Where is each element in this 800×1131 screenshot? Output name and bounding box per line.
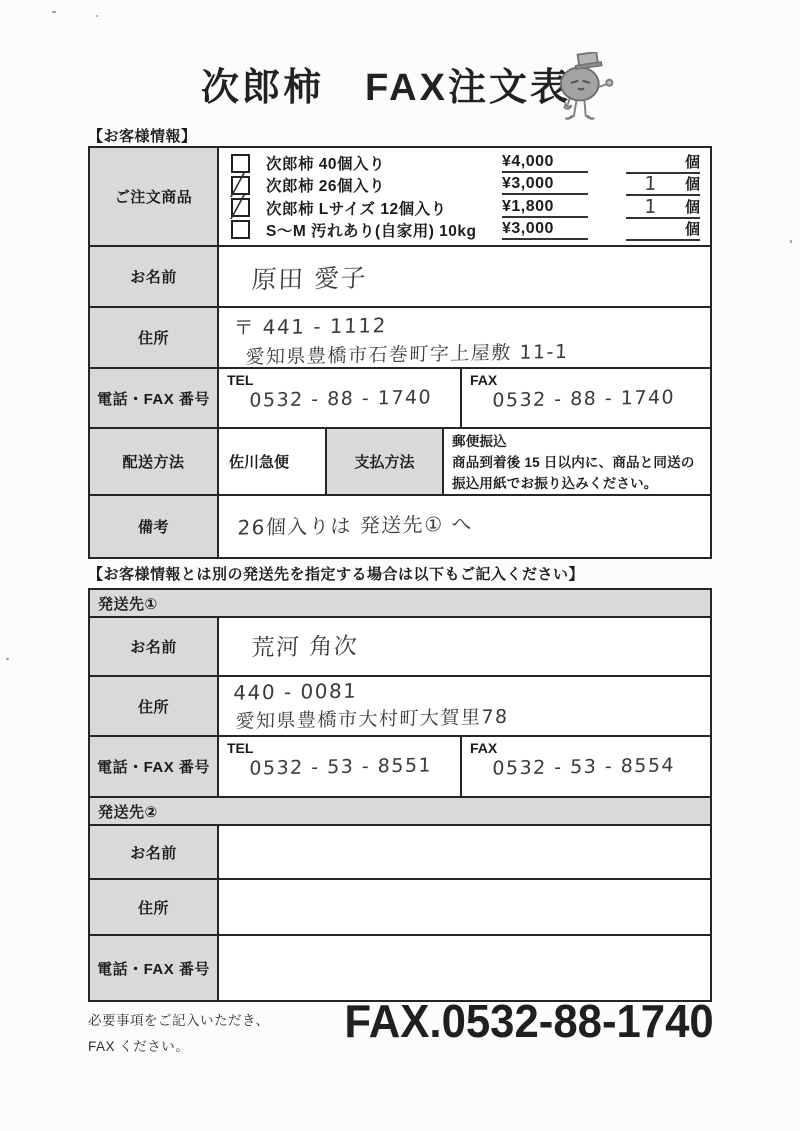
dest1-fax-handwritten: 0532 - 53 - 8554 [470, 752, 711, 780]
order-products-cell: 次郎柿 40個入り ¥4,000 個 ╱ 次郎柿 26個入り ¥3,000 1 … [219, 148, 710, 245]
dest2-name-cell-empty [219, 826, 710, 878]
shipping-destinations-table: 発送先① お名前 荒河 角次 住所 440 - 0081 愛知県豊橋市大村町大賀… [88, 588, 712, 1002]
product-qty-blank: 個 [626, 152, 700, 174]
checkbox-40-pack [231, 154, 250, 173]
dest2-telfax-label: 電話・FAX 番号 [90, 936, 219, 1000]
dest1-telfax-row: 電話・FAX 番号 TEL 0532 - 53 - 8551 FAX 0532 … [90, 735, 710, 796]
telfax-cell: TEL 0532 - 88 - 1740 FAX 0532 - 88 - 174… [219, 369, 710, 427]
scan-speck [52, 11, 56, 13]
qty-unit: 個 [685, 151, 700, 172]
product-qty: 1 個 [626, 174, 700, 196]
dest1-address-row: 住所 440 - 0081 愛知県豊橋市大村町大賀里78 [90, 675, 710, 735]
scan-speck [790, 240, 792, 243]
delivery-label: 配送方法 [90, 429, 219, 494]
product-name: S～M 汚れあり(自家用) 10kg [266, 219, 502, 241]
dest2-address-row: 住所 [90, 878, 710, 934]
dest2-header: 発送先② [90, 798, 710, 824]
product-row-L12: ╱ 次郎柿 Lサイズ 12個入り ¥1,800 1 個 [231, 197, 700, 219]
checkmark [231, 151, 252, 173]
customer-info-table: ご注文商品 次郎柿 40個入り ¥4,000 個 ╱ 次郎柿 26個入り ¥3,… [88, 146, 712, 559]
checkbox-26-pack: ╱ [231, 176, 250, 195]
dest1-tel-cell: TEL 0532 - 53 - 8551 [219, 737, 462, 796]
product-name: 次郎柿 40個入り [266, 152, 502, 174]
payment-label: 支払方法 [327, 429, 444, 494]
dest1-tel-handwritten: 0532 - 53 - 8551 [227, 752, 461, 780]
address-label: 住所 [90, 308, 219, 367]
dest2-address-label: 住所 [90, 880, 219, 934]
customer-telfax-row: 電話・FAX 番号 TEL 0532 - 88 - 1740 FAX 0532 … [90, 367, 710, 427]
qty-handwritten: 1 [644, 195, 658, 217]
delivery-payment-row: 配送方法 佐川急便 支払方法 郵便振込 商品到着後 15 日以内に、商品と同送の… [90, 427, 710, 494]
product-price: ¥3,000 [502, 175, 588, 195]
tel-cell: TEL 0532 - 88 - 1740 [219, 369, 462, 427]
product-qty-blank: 個 [626, 219, 700, 241]
product-row-40: 次郎柿 40個入り ¥4,000 個 [231, 152, 700, 174]
scan-speck [96, 15, 98, 17]
name-label: お名前 [90, 247, 219, 306]
fax-handwritten: 0532 - 88 - 1740 [470, 384, 711, 412]
footer-note-line1: 必要事項をご記入いただき、 [88, 1008, 269, 1034]
delivery-method-value: 佐川急便 [219, 429, 327, 494]
footer-note-line2: FAX ください。 [88, 1034, 269, 1060]
dest2-address-cell-empty [219, 880, 710, 934]
customer-name-handwritten: 原田 愛子 [219, 238, 712, 297]
product-price: ¥4,000 [502, 153, 588, 173]
dest2-name-label: お名前 [90, 826, 219, 878]
tel-handwritten: 0532 - 88 - 1740 [227, 384, 461, 412]
footer-instructions: 必要事項をご記入いただき、 FAX ください。 [88, 1008, 269, 1059]
product-row-sm10kg: S～M 汚れあり(自家用) 10kg ¥3,000 個 [231, 219, 700, 241]
telfax-label: 電話・FAX 番号 [90, 369, 219, 427]
qty-handwritten: 1 [644, 173, 658, 195]
remarks-handwritten: 26個入りは 発送先① へ [219, 487, 711, 541]
checkbox-L12-pack: ╱ [231, 198, 250, 217]
dest1-telfax-label: 電話・FAX 番号 [90, 737, 219, 796]
payment-method: 郵便振込 [452, 432, 704, 453]
remarks-row: 備考 26個入りは 発送先① へ [90, 494, 710, 557]
dest1-address-cell: 440 - 0081 愛知県豊橋市大村町大賀里78 [219, 677, 710, 735]
product-row-26: ╱ 次郎柿 26個入り ¥3,000 1 個 [231, 174, 700, 196]
remarks-label: 備考 [90, 496, 219, 557]
name-value-cell: 原田 愛子 [219, 247, 710, 306]
customer-name-row: お名前 原田 愛子 [90, 245, 710, 306]
dest2-header-row: 発送先② [90, 796, 710, 824]
order-products-label: ご注文商品 [90, 148, 219, 245]
checkmark [231, 218, 252, 240]
dest1-fax-cell: FAX 0532 - 53 - 8554 [462, 737, 710, 796]
scan-speck [6, 658, 9, 660]
qty-unit: 個 [685, 196, 700, 217]
dest1-name-cell: 荒河 角次 [219, 618, 710, 675]
persimmon-mascot-icon [545, 52, 617, 130]
dest1-name-row: お名前 荒河 角次 [90, 616, 710, 675]
product-name: 次郎柿 26個入り [266, 174, 502, 196]
dest1-telfax-cell: TEL 0532 - 53 - 8551 FAX 0532 - 53 - 855… [219, 737, 710, 796]
payment-note-line1: 商品到着後 15 日以内に、商品と同送の [452, 453, 704, 474]
dest2-telfax-row: 電話・FAX 番号 [90, 934, 710, 1000]
qty-unit: 個 [685, 218, 700, 239]
product-price: ¥1,800 [502, 198, 588, 218]
product-price: ¥3,000 [502, 220, 588, 240]
qty-unit: 個 [685, 173, 700, 194]
customer-info-heading: 【お客様情報】 [88, 125, 197, 146]
customer-address-row: 住所 〒 441 - 1112 愛知県豊橋市石巻町字上屋敷 11-1 [90, 306, 710, 367]
checkmark: ╱ [231, 174, 252, 196]
address-value-cell: 〒 441 - 1112 愛知県豊橋市石巻町字上屋敷 11-1 [219, 308, 710, 367]
dest1-address-label: 住所 [90, 677, 219, 735]
fax-cell: FAX 0532 - 88 - 1740 [462, 369, 710, 427]
dest1-name-label: お名前 [90, 618, 219, 675]
payment-instructions: 郵便振込 商品到着後 15 日以内に、商品と同送の 振込用紙でお振り込みください… [444, 429, 710, 494]
product-qty: 1 個 [626, 197, 700, 219]
remarks-cell: 26個入りは 発送先① へ [219, 496, 710, 557]
checkbox-sm10kg [231, 220, 250, 239]
dest1-name-handwritten: 荒河 角次 [219, 609, 711, 663]
order-products-row: ご注文商品 次郎柿 40個入り ¥4,000 個 ╱ 次郎柿 26個入り ¥3,… [90, 148, 710, 245]
product-name: 次郎柿 Lサイズ 12個入り [266, 197, 502, 219]
checkmark: ╱ [231, 196, 252, 218]
footer-fax-number: FAX.0532-88-1740 [345, 994, 714, 1048]
dest2-telfax-cell-empty [219, 936, 710, 1000]
alt-destination-heading: 【お客様情報とは別の発送先を指定する場合は以下もご記入ください】 [88, 563, 584, 584]
page-title: 次郎柿 FAX注文表 [0, 56, 786, 111]
dest2-name-row: お名前 [90, 824, 710, 878]
